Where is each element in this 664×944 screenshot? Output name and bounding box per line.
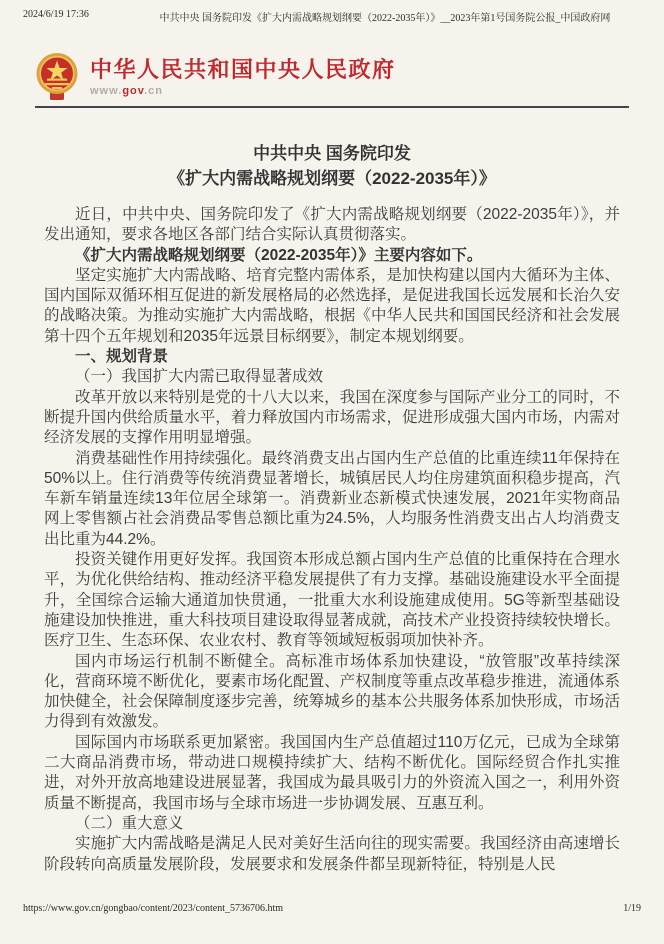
print-timestamp: 2024/6/19 17:36 (23, 9, 89, 20)
paragraph: 近日，中共中央、国务院印发了《扩大内需战略规划纲要（2022-2035年）》，并… (44, 205, 620, 246)
masthead-text: 中华人民共和国中央人民政府 www.gov.cn (90, 58, 396, 97)
document-title-line2: 《扩大内需战略规划纲要（2022-2035年）》 (44, 166, 620, 191)
paragraph-emphasis: 《扩大内需战略规划纲要（2022-2035年）》主要内容如下。 (44, 246, 620, 266)
print-header: 2024/6/19 17:36 中共中央 国务院印发《扩大内需战略规划纲要（20… (23, 9, 641, 24)
masthead: 中华人民共和国中央人民政府 www.gov.cn (35, 52, 396, 102)
site-name: 中华人民共和国中央人民政府 (90, 58, 396, 82)
source-url: https://www.gov.cn/gongbao/content/2023/… (23, 903, 283, 914)
paragraph: 消费基础性作用持续强化。最终消费支出占国内生产总值的比重连续11年保持在50%以… (44, 449, 620, 550)
site-url-cn: .cn (144, 85, 163, 97)
paragraph: 国际国内市场联系更加紧密。我国国内生产总值超过110万亿元，已成为全球第二大商品… (44, 733, 620, 814)
article-body: 近日，中共中央、国务院印发了《扩大内需战略规划纲要（2022-2035年）》，并… (44, 205, 620, 875)
site-url-www: www. (90, 85, 122, 97)
print-footer: https://www.gov.cn/gongbao/content/2023/… (23, 903, 641, 914)
paragraph: 国内市场运行机制不断健全。高标准市场体系加快建设，“放管服”改革持续深化，营商环… (44, 652, 620, 733)
masthead-divider (35, 106, 629, 108)
paragraph: 投资关键作用更好发挥。我国资本形成总额占国内生产总值的比重保持在合理水平，为优化… (44, 550, 620, 651)
paragraph: 坚定实施扩大内需战略、培育完整内需体系，是加快构建以国内大循环为主体、国内国际双… (44, 266, 620, 347)
print-preview-page: { "colors": { "page_background": "#f6f3e… (0, 0, 664, 944)
paragraph: 实施扩大内需战略是满足人民对美好生活向往的现实需要。我国经济由高速增长阶段转向高… (44, 834, 620, 875)
paragraph-emphasis: 一、规划背景 (44, 347, 620, 367)
page-indicator: 1/19 (623, 903, 641, 914)
site-url-gov: gov (122, 85, 144, 97)
paragraph: （一）我国扩大内需已取得显著成效 (44, 367, 620, 387)
paragraph: 改革开放以来特别是党的十八大以来，我国在深度参与国际产业分工的同时，不断提升国内… (44, 388, 620, 449)
site-url: www.gov.cn (90, 85, 396, 97)
print-page-title: 中共中央 国务院印发《扩大内需战略规划纲要（2022-2035年）》__2023… (89, 9, 641, 24)
document-title: 中共中央 国务院印发 《扩大内需战略规划纲要（2022-2035年）》 (44, 141, 620, 191)
document-title-line1: 中共中央 国务院印发 (44, 141, 620, 166)
article: 中共中央 国务院印发 《扩大内需战略规划纲要（2022-2035年）》 近日，中… (44, 141, 620, 875)
china-national-emblem-icon (35, 52, 79, 102)
paragraph: （二）重大意义 (44, 814, 620, 834)
